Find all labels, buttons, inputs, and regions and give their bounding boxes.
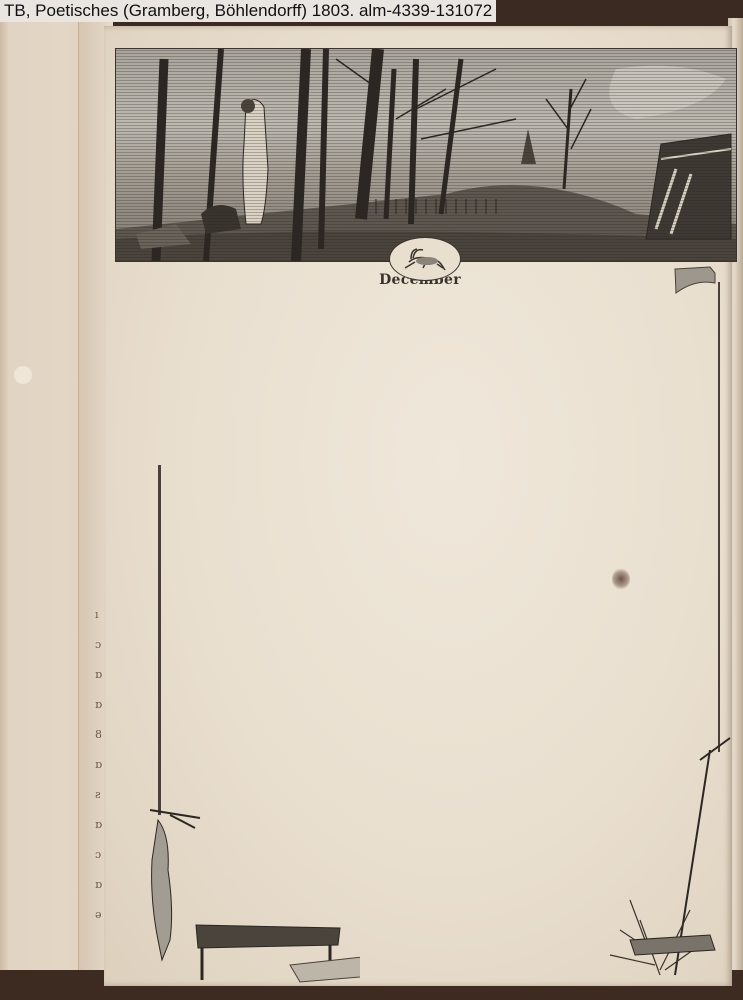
paper-hole <box>14 366 32 384</box>
image-caption: TB, Poetisches (Gramberg, Böhlendorff) 1… <box>0 0 496 22</box>
hanging-rope <box>158 465 161 815</box>
saw-and-shrub-illustration <box>590 730 740 980</box>
axe-icon <box>670 265 730 295</box>
axe-pole <box>718 282 720 752</box>
hanging-pig-illustration <box>140 800 360 985</box>
header-engraving <box>115 48 737 262</box>
capricorn-zodiac-icon <box>389 237 461 281</box>
ink-stain <box>612 568 630 590</box>
